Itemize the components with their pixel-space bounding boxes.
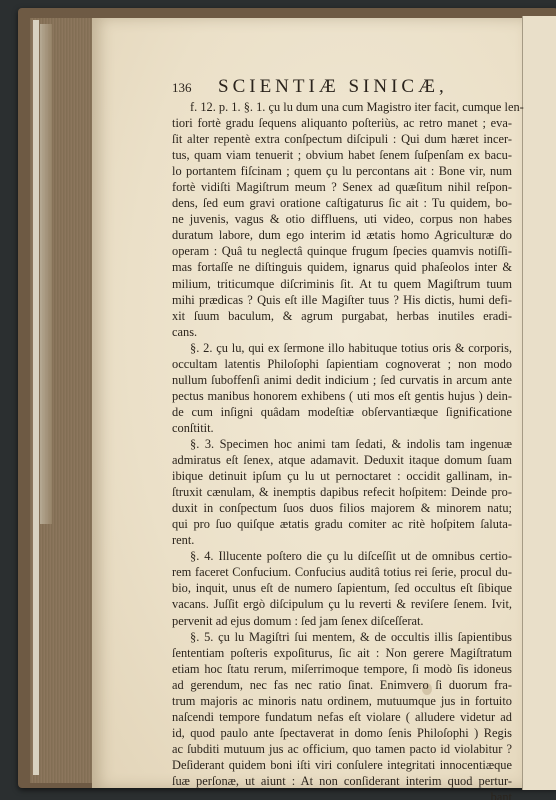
text-line: pervenit ad ejus domum : ſed jam ſenex d… <box>172 613 512 629</box>
text-line: tus, quam viam tenuerit ; obvium habet ſ… <box>172 147 512 163</box>
text-line: §. 5. çu lu Magiſtri ſui mentem, & de oc… <box>172 629 512 645</box>
text-line: admiratus eſt ſenex, atque adamavit. Ded… <box>172 452 512 468</box>
text-line: de cum inſigni quâdam modeſtiæ obſervant… <box>172 404 512 420</box>
text-line: duratum labore, dum ego interim id ætati… <box>172 227 512 243</box>
text-line: tiori fortè gradu ſequens aliquanto poſt… <box>172 115 512 131</box>
text-line: id, quod paulo ante ſpectaverat in domo … <box>172 725 512 741</box>
page-header: 136 SCIENTIÆ SINICÆ, <box>172 76 512 98</box>
body-text: f. 12. p. 1. §. 1. çu lu dum una cum Mag… <box>172 99 512 800</box>
text-line: etiam hoc ſtatu rerum, miſerrimoque temp… <box>172 661 512 677</box>
text-line: rent. <box>172 532 512 548</box>
text-line: §. 2. çu lu, qui ex ſermone illo habituq… <box>172 340 512 356</box>
text-line: occultam latentis Philoſophi ſapientiam … <box>172 356 512 372</box>
text-line: nullum ſuboffenſi animi dedit indicium ;… <box>172 372 512 388</box>
text-line: bio, inquit, unus eſt de numero ſapientu… <box>172 580 512 596</box>
text-line: mihi prædicas ? Quis eſt ille Magiſter t… <box>172 292 512 308</box>
text-line: ſententiam poſteris expoſiturus, ſic ait… <box>172 645 512 661</box>
text-line: xit ſuum baculum, & agrum purgabat, herb… <box>172 308 512 324</box>
text-line: conſtitit. <box>172 420 512 436</box>
text-line: ne juvenis, vagus & otio diffluens, uti … <box>172 211 512 227</box>
text-line: trum majoris ac minoris natu ordinem, mu… <box>172 693 512 709</box>
text-line: ibique detinuit ipſum çu lu ut pernoctar… <box>172 468 512 484</box>
text-line: qui pro ſuo quiſque ætatis gradu comiter… <box>172 516 512 532</box>
text-line: §. 4. Illucente poſtero die çu lu diſceſ… <box>172 548 512 564</box>
page-number: 136 <box>172 80 192 96</box>
text-line: lo portantem fiſcinam ; quem çu lu perco… <box>172 163 512 179</box>
text-line: duxit in conſpectum ſuos duos filios maj… <box>172 500 512 516</box>
text-line: ſuæ perſonæ, ut aiunt : At non conſidera… <box>172 773 512 789</box>
text-line: ſtruxit cænulam, & inemptis dapibus refe… <box>172 484 512 500</box>
text-line: fortè vidiſti Magiſtrum meum ? Senex ad … <box>172 179 512 195</box>
page-edge-highlight <box>33 20 39 775</box>
text-line: milium, triticumque diſcriminis ſit. At … <box>172 276 512 292</box>
text-line: rem faceret Confucium. Confucius auditâ … <box>172 564 512 580</box>
text-line: dens, ſed eum gravi oratione caſtigaturu… <box>172 195 512 211</box>
text-line: mas fortaſſe ne diſtinguis quidem, ignar… <box>172 259 512 275</box>
text-line: §. 3. Specimen hoc animi tam ſedati, & i… <box>172 436 512 452</box>
text-line: ſit alter repentè extra conſpectum diſci… <box>172 131 512 147</box>
text-line: cans. <box>172 324 512 340</box>
text-line: f. 12. p. 1. §. 1. çu lu dum una cum Mag… <box>172 99 512 115</box>
text-line: ac ſubditi mutuum jus ac officium, quo t… <box>172 741 512 757</box>
text-line: bant <box>172 789 512 800</box>
facing-page-edge <box>522 16 556 790</box>
text-line: ad gerendum, nec fas nec ratio ſinat. En… <box>172 677 512 693</box>
text-line: Deſiderant quidem boni iſti viri conſule… <box>172 757 512 773</box>
text-line: vacans. Juſſit ergò diſcipulum çu lu rev… <box>172 596 512 612</box>
text-line: pectus manibus honorem exhibens ( uti mo… <box>172 388 512 404</box>
text-line: operam : Quâ tu neglectâ quinque frugum … <box>172 243 512 259</box>
running-head: SCIENTIÆ SINICÆ, <box>218 76 448 98</box>
torn-page-edge <box>40 24 52 524</box>
text-line: naſcendi tempore fundatum nefas eſt viol… <box>172 709 512 725</box>
